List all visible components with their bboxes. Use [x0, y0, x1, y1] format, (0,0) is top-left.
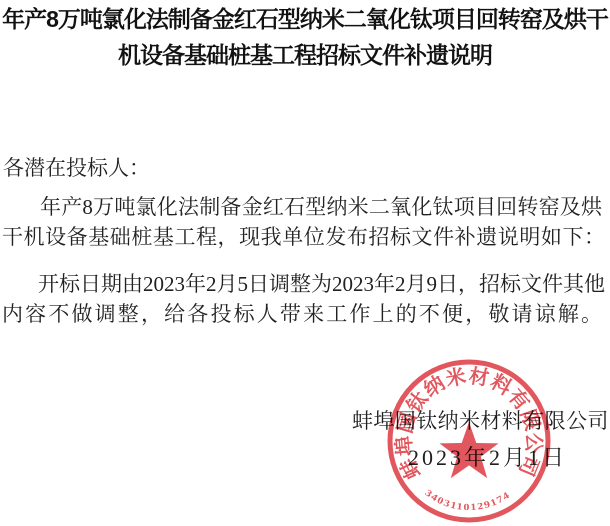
seal-star-icon [440, 422, 499, 478]
paragraph-1-line-2: 干机设备基础桩基工程，现我单位发布招标文件补遗说明如下： [2, 225, 605, 249]
company-seal-stamp-icon: 蚌埠国钛纳米材料有限公司 3403110129174 [385, 357, 553, 525]
salutation: 各潜在投标人： [3, 156, 150, 180]
document-title-line-1: 年产8万吨氯化法制备金红石型纳米二氧化钛项目回转窑及烘干 [0, 5, 610, 34]
paragraph-1-line-1: 年产8万吨氯化法制备金红石型纳米二氧化钛项目回转窑及烘 [40, 195, 602, 219]
document-title-line-2: 机设备基础桩基工程招标文件补遗说明 [0, 41, 610, 70]
paragraph-2-line-1: 开标日期由2023年2月5日调整为2023年2月9日，招标文件其他 [38, 272, 605, 296]
seal-serial-number: 3403110129174 [423, 488, 513, 513]
paragraph-2-line-2: 内容不做调整，给各投标人带来工作上的不便，敬请谅解。 [2, 302, 602, 326]
document-page: 年产8万吨氯化法制备金红石型纳米二氧化钛项目回转窑及烘干 机设备基础桩基工程招标… [0, 0, 610, 526]
